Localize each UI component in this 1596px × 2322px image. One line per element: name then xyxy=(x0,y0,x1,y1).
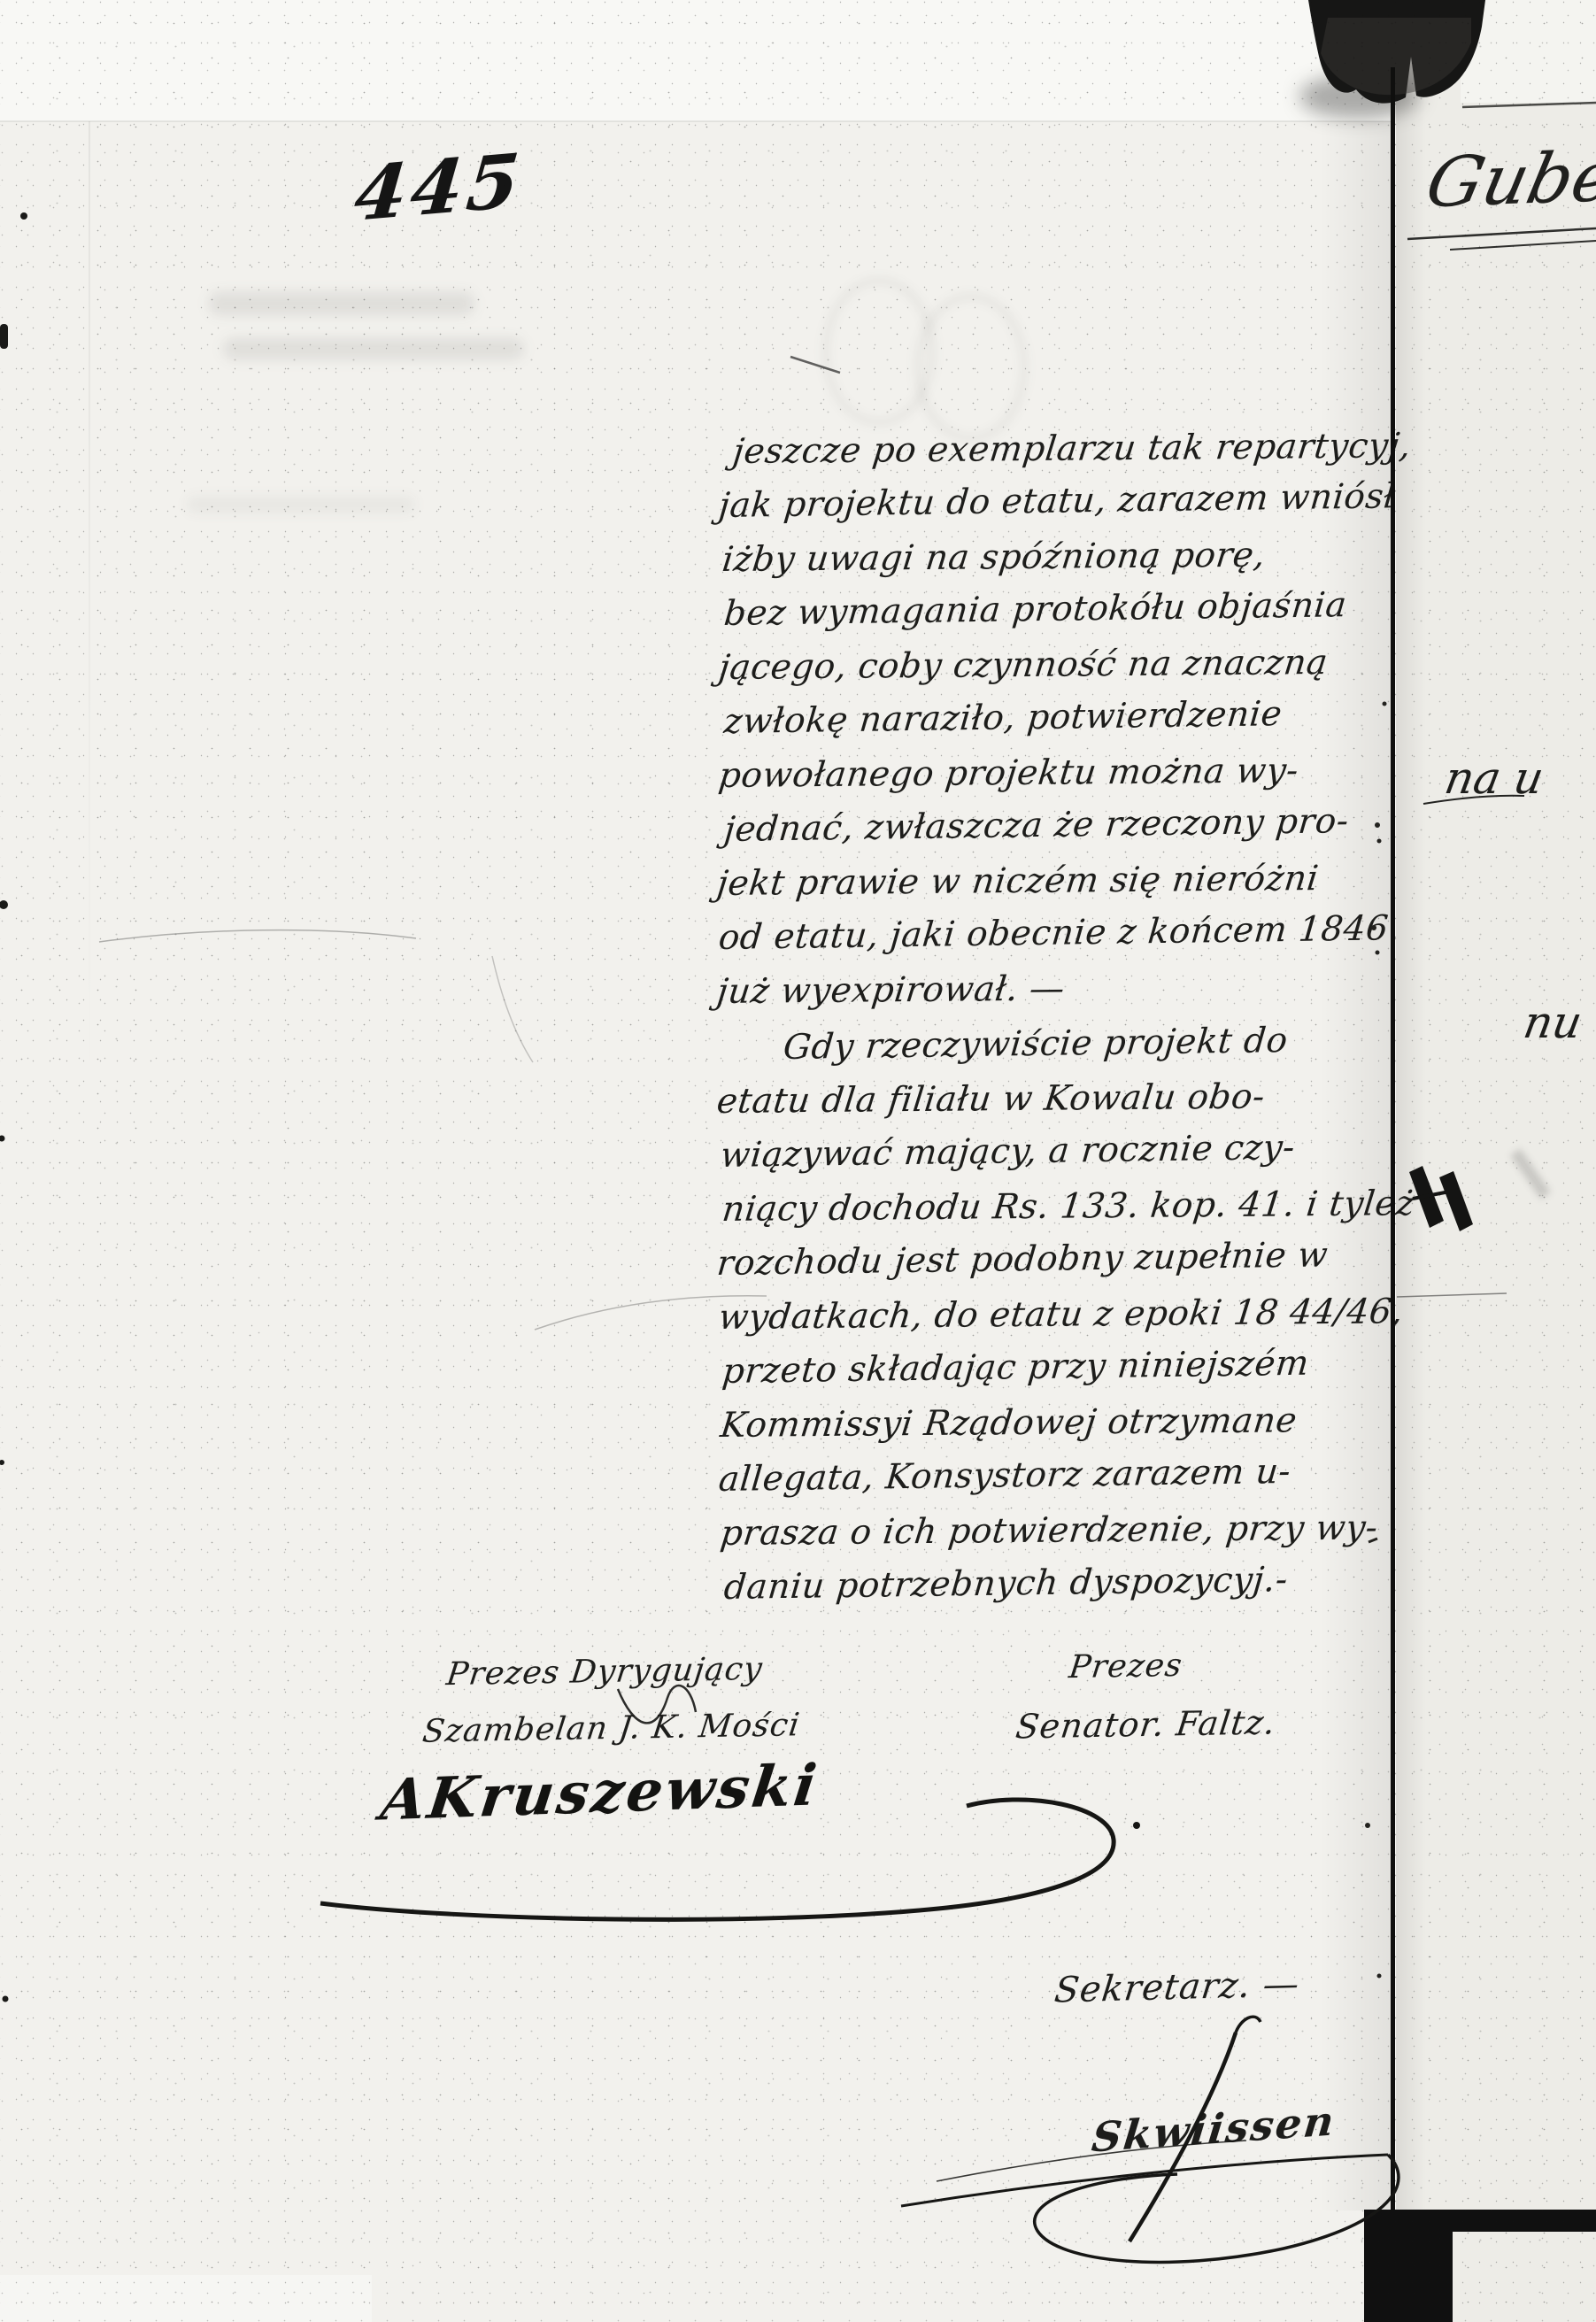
manuscript-line: rozchodu jest podobny zupełnie w xyxy=(715,1235,1330,1284)
right-signer-title: Prezes xyxy=(1067,1647,1184,1686)
manuscript-line: etatu dla filiału w Kowalu obo- xyxy=(714,1077,1267,1122)
adjacent-page-heading: Guber xyxy=(1419,136,1596,224)
manuscript-line: iżby uwagi na spóźnioną porę, xyxy=(720,536,1268,581)
left-signer-title: Prezes Dyrygujący xyxy=(444,1651,765,1693)
manuscript-line: jeszcze po exemplarzu tak repartycyj, xyxy=(730,426,1413,473)
manuscript-line: daniu potrzebnych dyspozycyj.- xyxy=(722,1560,1290,1608)
adjacent-page-fragment: na u xyxy=(1441,752,1547,804)
sheet-top-edge-line xyxy=(0,120,1392,122)
binding-shadow xyxy=(1299,74,1420,119)
adjacent-page-header-area xyxy=(1461,0,1596,103)
manuscript-line: jącego, coby czynność na znaczną xyxy=(716,643,1330,689)
gutter-shadow-right xyxy=(1396,0,1426,2322)
manuscript-line: przeto składając przy niniejszém xyxy=(721,1344,1311,1392)
manuscript-line: wiązywać mający, a rocznie czy- xyxy=(719,1128,1297,1176)
ink-bleed-ghost xyxy=(186,496,416,513)
manuscript-line: Kommissyi Rządowej otrzymane xyxy=(718,1400,1299,1446)
sheet-fold-line xyxy=(89,121,90,1095)
scan-background-top xyxy=(0,0,1392,121)
ink-bleed-ghost xyxy=(209,292,474,315)
manuscript-line: zwłokę naraziło, potwierdzenie xyxy=(722,694,1284,743)
manuscript-line: allegata, Konsystorz zarazem u- xyxy=(717,1452,1292,1500)
manuscript-line: już wyexpirował. — xyxy=(714,969,1067,1013)
manuscript-line: jekt prawie w niczém się nieróżni xyxy=(714,859,1321,905)
manuscript-line: powołanego projektu można wy- xyxy=(716,751,1300,797)
ink-bleed-ghost xyxy=(223,338,524,359)
adjacent-page-fragment: nu xyxy=(1520,997,1586,1048)
manuscript-line: Gdy rzeczywiście projekt do xyxy=(782,1021,1290,1068)
manuscript-line: prasza o ich potwierdzenie, przy wy- xyxy=(718,1508,1380,1554)
left-signer-subtitle: Szambelan J. K. Mości xyxy=(420,1707,802,1749)
right-signature: Senator. Faltz. xyxy=(1014,1702,1278,1746)
manuscript-line: niący dochodu Rs. 133. kop. 41. i tyleż xyxy=(720,1184,1416,1230)
page-number: 445 xyxy=(351,136,527,238)
bottom-light-strip xyxy=(0,2275,372,2322)
manuscript-line: wydatkach, do etatu z epoki 18 44/46, xyxy=(716,1292,1405,1338)
document-scan: 445 jeszcze po exemplarzu tak repartycyj… xyxy=(0,0,1596,2322)
secretary-title: Sekretarz. — xyxy=(1052,1963,1302,2010)
ink-bleed-ring xyxy=(914,292,1029,443)
